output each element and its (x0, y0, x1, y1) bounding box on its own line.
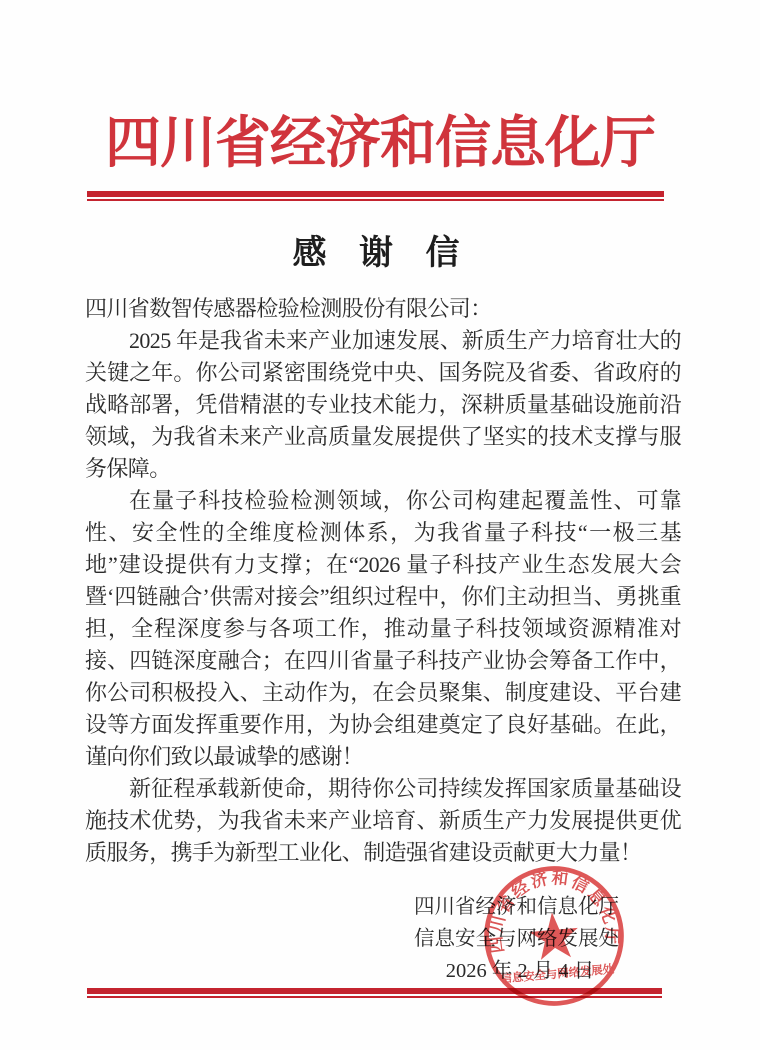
signature-org-line: 四川省经济和信息化厅 (414, 891, 626, 923)
header-rule (87, 191, 664, 201)
footer-rule-thick-line (87, 988, 662, 994)
salutation-line: 四川省数智传感器检验检测股份有限公司： (85, 293, 681, 325)
paragraph-2: 在量子科技检验检测领域，你公司构建起覆盖性、可靠性、安全性的全维度检测体系，为我… (85, 485, 681, 773)
signature-dept-line: 信息安全与网络发展处 (414, 923, 626, 955)
paragraph-3: 新征程承载新使命，期待你公司持续发挥国家质量基础设施技术优势，为我省未来产业培育… (85, 773, 681, 869)
header-rule-thick-line (87, 191, 664, 197)
paragraph-1: 2025 年是我省未来产业加速发展、新质生产力培育壮大的关键之年。你公司紧密围绕… (85, 325, 681, 485)
footer-rule-thin-line (87, 996, 662, 998)
letter-body: 四川省数智传感器检验检测股份有限公司： 2025 年是我省未来产业加速发展、新质… (85, 293, 681, 869)
letter-page: 四川省经济和信息化厅 感 谢 信 四川省数智传感器检验检测股份有限公司： 202… (0, 0, 760, 1050)
signature-block: 四川省经济和信息化厅 信息安全与网络发展处 2026 年 2 月 4 日 (414, 891, 626, 987)
letter-title: 感 谢 信 (0, 235, 760, 272)
letterhead-org-title: 四川省经济和信息化厅 (0, 112, 760, 176)
header-rule-thin-line (87, 199, 664, 201)
footer-rule (87, 988, 662, 998)
signature-date-line: 2026 年 2 月 4 日 (414, 955, 626, 987)
